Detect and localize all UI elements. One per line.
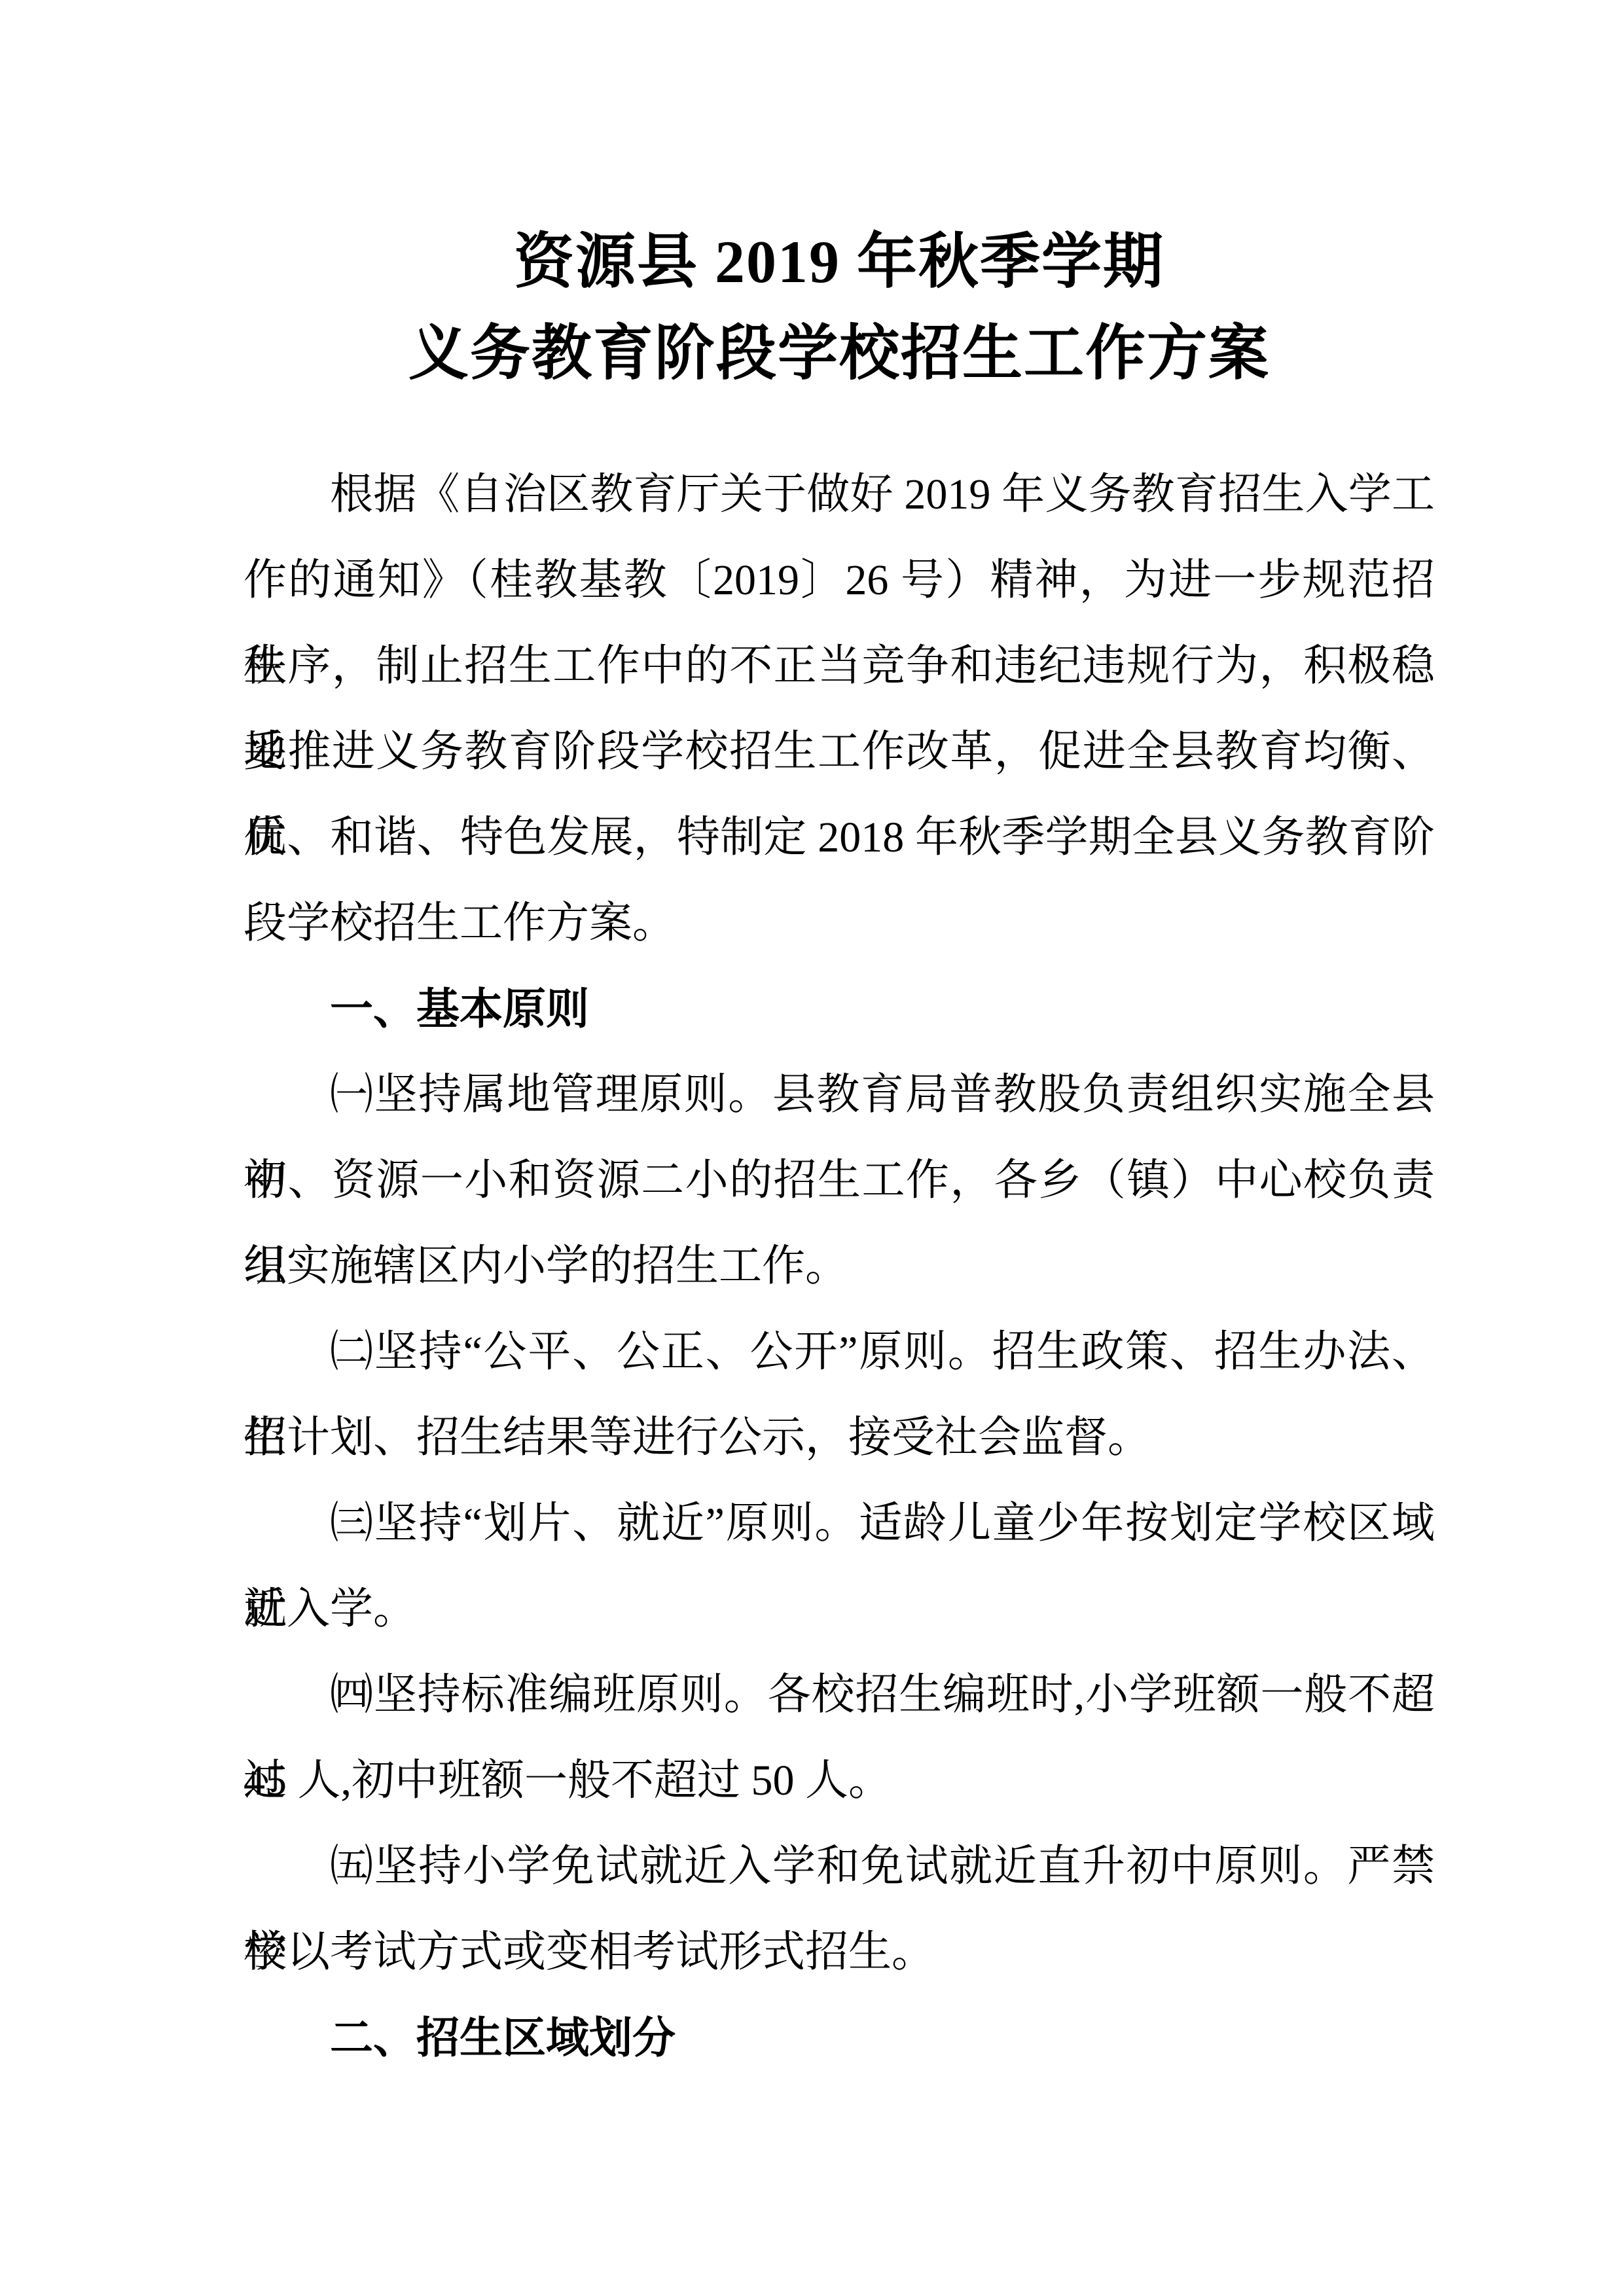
document-body: 根据《自治区教育厅关于做好 2019 年义务教育招生入学工 作的通知》（桂教基教… (244, 452, 1435, 2081)
text-line: 近入学。 (244, 1566, 1435, 1652)
text-line: 校以考试方式或变相考试形式招生。 (244, 1909, 1435, 1995)
text-line: 织实施辖区内小学的招生工作。 (244, 1223, 1435, 1309)
text-line: 地推进义务教育阶段学校招生工作改革，促进全县教育均衡、优 (244, 709, 1435, 795)
paragraph-principle-2: ㈡坚持“公平、公正、公开”原则。招生政策、招生办法、招 生计划、招生结果等进行公… (244, 1309, 1435, 1480)
paragraph-principle-1: ㈠坚持属地管理原则。县教育局普教股负责组织实施全县初 中、资源一小和资源二小的招… (244, 1052, 1435, 1309)
paragraph-principle-5: ㈤坚持小学免试就近入学和免试就近直升初中原则。严禁学 校以考试方式或变相考试形式… (244, 1823, 1435, 1995)
text-line: 作的通知》（桂教基教〔2019〕26 号）精神，为进一步规范招生 (244, 537, 1435, 623)
document-content: 资源县 2019 年秋季学期 义务教育阶段学校招生工作方案 根据《自治区教育厅关… (244, 216, 1435, 2081)
paragraph-principle-4: ㈣坚持标准编班原则。各校招生编班时,小学班额一般不超过 45 人,初中班额一般不… (244, 1652, 1435, 1823)
paragraph-principle-3: ㈢坚持“划片、就近”原则。适龄儿童少年按划定学校区域就 近入学。 (244, 1480, 1435, 1652)
text-line: 根据《自治区教育厅关于做好 2019 年义务教育招生入学工 (244, 452, 1435, 537)
text-line: ㈡坚持“公平、公正、公开”原则。招生政策、招生办法、招 (244, 1309, 1435, 1395)
text-line: 45 人,初中班额一般不超过 50 人。 (244, 1738, 1435, 1823)
paragraph-intro: 根据《自治区教育厅关于做好 2019 年义务教育招生入学工 作的通知》（桂教基教… (244, 452, 1435, 966)
text-line: 段学校招生工作方案。 (244, 880, 1435, 966)
section-heading-basic-principles: 一、基本原则 (244, 966, 1435, 1052)
text-line: 中、资源一小和资源二小的招生工作，各乡（镇）中心校负责组 (244, 1138, 1435, 1223)
section-heading-enrollment-zones: 二、招生区域划分 (244, 1995, 1435, 2081)
document-page: 资源县 2019 年秋季学期 义务教育阶段学校招生工作方案 根据《自治区教育厅关… (0, 0, 1624, 2296)
text-line: 秩序，制止招生工作中的不正当竞争和违纪违规行为，积极稳妥 (244, 623, 1435, 709)
section-heading-text: 二、招生区域划分 (244, 1995, 1435, 2081)
document-title-line-2: 义务教育阶段学校招生工作方案 (244, 308, 1435, 399)
document-title: 资源县 2019 年秋季学期 义务教育阶段学校招生工作方案 (244, 216, 1435, 399)
document-title-line-1: 资源县 2019 年秋季学期 (244, 216, 1435, 308)
text-line: ㈠坚持属地管理原则。县教育局普教股负责组织实施全县初 (244, 1052, 1435, 1138)
text-line: 质、和谐、特色发展，特制定 2018 年秋季学期全县义务教育阶 (244, 795, 1435, 880)
text-line: ㈤坚持小学免试就近入学和免试就近直升初中原则。严禁学 (244, 1823, 1435, 1909)
text-line: ㈢坚持“划片、就近”原则。适龄儿童少年按划定学校区域就 (244, 1480, 1435, 1566)
section-heading-text: 一、基本原则 (244, 966, 1435, 1052)
text-line: 生计划、招生结果等进行公示，接受社会监督。 (244, 1395, 1435, 1480)
text-line: ㈣坚持标准编班原则。各校招生编班时,小学班额一般不超过 (244, 1652, 1435, 1738)
